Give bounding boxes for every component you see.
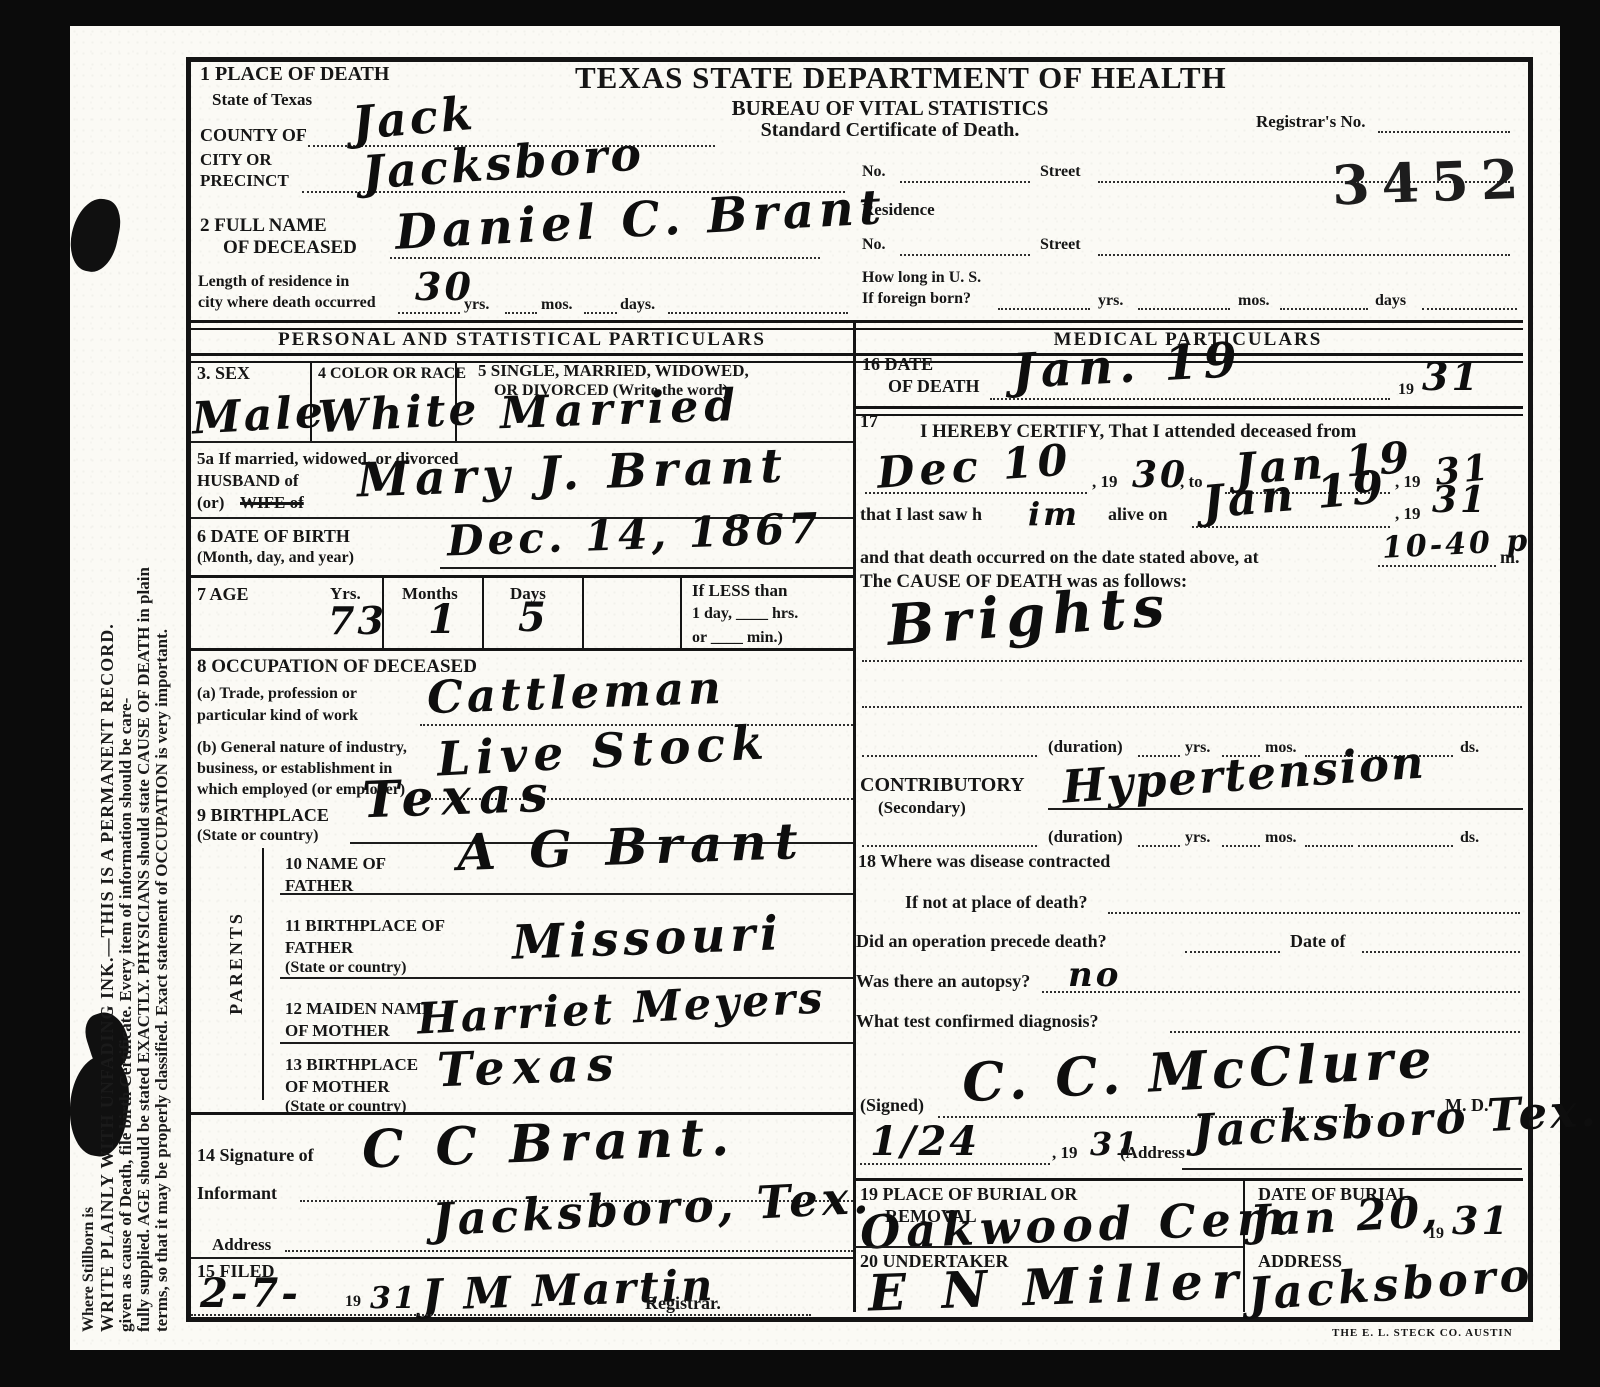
residence-length-label1: Length of residence in — [198, 274, 349, 291]
printer-mark: THE E. L. STECK CO. AUSTIN — [1332, 1328, 1513, 1340]
dod-year-prefix: 19 — [1398, 382, 1414, 399]
registrar-no-blank — [1378, 131, 1510, 133]
cause-blank-line1 — [862, 660, 1522, 662]
occupation-a-label2: particular kind of work — [197, 708, 358, 725]
operation-label: Did an operation precede death? — [856, 932, 1107, 951]
signed-address-underline — [1182, 1168, 1522, 1170]
autopsy-label: Was there an autopsy? — [856, 972, 1030, 991]
filed-row-rule — [191, 1257, 853, 1259]
city-label: CITY OR — [200, 151, 272, 169]
duration2-blank — [862, 845, 1037, 847]
not-at-place-blank — [1108, 912, 1520, 914]
date-of-death-label1: 16 DATE — [862, 355, 933, 374]
street-blank-2 — [1098, 254, 1510, 256]
death-time-suffix-label: m. — [1500, 548, 1520, 567]
filed-blank — [191, 1314, 811, 1316]
age-months-value-handwriting: 1 — [428, 600, 459, 640]
residence-length-label2: city where death occurred — [198, 295, 376, 312]
duration2-ds-blank2 — [1358, 845, 1453, 847]
race-label: 4 COLOR OR RACE — [318, 366, 466, 383]
length-yrs-blank — [398, 312, 460, 314]
cell-divider — [382, 578, 384, 648]
fullname-label2: OF DECEASED — [223, 238, 357, 258]
signed-year-prefix: , 19 — [1052, 1144, 1078, 1162]
precinct-label: PRECINCT — [200, 172, 289, 190]
spouse-label2: HUSBAND of — [197, 472, 299, 490]
age-days-value-handwriting: 5 — [518, 598, 549, 638]
street-label: Street — [1040, 164, 1081, 181]
race-value-handwriting: White — [317, 388, 481, 440]
last-saw-label1: that I last saw h — [860, 505, 982, 524]
burial-year-prefix: 19 — [1428, 1226, 1444, 1243]
operation-blank — [1185, 951, 1280, 953]
informant-label1: 14 Signature of — [197, 1146, 314, 1165]
county-label: COUNTY OF — [200, 126, 307, 145]
last-saw-year-prefix: , 19 — [1395, 505, 1421, 523]
not-at-place-label: If not at place of death? — [905, 893, 1088, 912]
operation-date-blank — [1362, 951, 1520, 953]
cell-divider — [482, 578, 484, 648]
certificate-subtitle: Standard Certificate of Death. — [660, 120, 1120, 141]
cell-divider — [680, 578, 682, 648]
length-yrs-label: yrs. — [464, 297, 489, 314]
autopsy-blank — [1042, 991, 1520, 993]
date-of-death-blank — [990, 398, 1390, 400]
stamp-certificate-number: 3452 — [1331, 147, 1531, 218]
uslong-days-blank2 — [1422, 308, 1517, 310]
margin-note-line: WRITE PLAINLY WITH UNFADING INK.—THIS IS… — [97, 252, 118, 1332]
signed-date-blank — [860, 1163, 1050, 1165]
father-name-underline — [280, 893, 853, 895]
item17-number: 17 — [860, 412, 878, 431]
dob-label1: 6 DATE OF BIRTH — [197, 527, 350, 546]
uslong-label1: How long in U. S. — [862, 270, 981, 287]
contributory-underline — [1048, 808, 1523, 810]
duration2-mos-label: mos. — [1265, 830, 1297, 847]
operation-date-label: Date of — [1290, 932, 1345, 951]
age-less-label2: 1 day, ____ hrs. — [692, 606, 798, 623]
age-less-label1: If LESS than — [692, 582, 787, 600]
section-divider-bottom — [191, 353, 1523, 363]
filed-date-handwriting: 2-7- — [200, 1274, 301, 1314]
father-birthplace-label3: (State or country) — [285, 960, 406, 977]
marital-label1: 5 SINGLE, MARRIED, WIDOWED, — [478, 362, 749, 380]
spouse-label-wife-struck: WIFE of — [240, 494, 304, 512]
burial-place-underline — [853, 1246, 1243, 1248]
column-divider — [853, 320, 856, 1312]
burial-year-handwriting: 31 — [1452, 1202, 1511, 1240]
burial-box-top-rule — [853, 1178, 1523, 1181]
dod-year-handwriting: 31 — [1422, 358, 1481, 396]
undertaker-value-handwriting: E N Miller — [867, 1255, 1248, 1318]
mother-name-label1: 12 MAIDEN NAME — [285, 1000, 433, 1018]
father-birthplace-label2: FATHER — [285, 939, 353, 957]
scanned-death-certificate: Where Stillborn is WRITE PLAINLY WITH UN… — [0, 0, 1600, 1387]
duration2-ds-blank — [1305, 845, 1353, 847]
length-mos-blank — [505, 312, 537, 314]
scan-edge-bottom — [0, 1350, 1600, 1387]
cell-divider — [582, 578, 584, 648]
birthplace-label2: (State or country) — [197, 828, 318, 845]
bureau-subtitle: BUREAU OF VITAL STATISTICS — [660, 97, 1120, 119]
last-saw-label2: alive on — [1108, 505, 1168, 524]
date-of-death-value-handwriting: Jan. 19 — [1011, 336, 1244, 396]
contributory-label2: (Secondary) — [878, 799, 966, 817]
burial-date-handwriting: Jan 20, — [1249, 1191, 1441, 1244]
fullname-label: 2 FULL NAME — [200, 216, 327, 236]
mother-birthplace-label1: 13 BIRTHPLACE — [285, 1056, 418, 1074]
margin-note-line: fully supplied. AGE should be stated EXA… — [134, 77, 154, 1332]
dob-label2: (Month, day, and year) — [197, 550, 354, 567]
uslong-mos-label: mos. — [1238, 293, 1270, 310]
informant-label2: Informant — [197, 1184, 277, 1203]
length-days-blank — [584, 312, 617, 314]
no-label-2: No. — [862, 237, 886, 254]
signed-date-handwriting: 1/24 — [870, 1122, 980, 1162]
dob-value-handwriting: Dec. 14, 1867 — [446, 507, 822, 562]
scan-edge-right — [1560, 0, 1600, 1387]
occupation-a-label1: (a) Trade, profession or — [197, 686, 357, 703]
street-label-2: Street — [1040, 237, 1081, 254]
death-time-blank — [1378, 565, 1496, 567]
age-yrs-value-handwriting: 73 — [328, 602, 387, 640]
no-blank-2 — [900, 254, 1030, 256]
death-occurred-label: and that death occurred on the date stat… — [860, 548, 1259, 567]
duration-blank — [862, 755, 1037, 757]
attended-to-year-prefix: , 19 — [1395, 473, 1421, 491]
mother-name-label2: OF MOTHER — [285, 1022, 390, 1040]
attended-from-blank — [865, 492, 1087, 494]
spouse-value-handwriting: Mary J. Brant — [356, 442, 788, 504]
dob-underline — [440, 567, 853, 569]
parents-vertical-label: PARENTS — [226, 848, 247, 1078]
father-name-label1: 10 NAME OF — [285, 855, 386, 873]
scan-edge-left — [0, 0, 70, 1387]
date-of-death-label2: OF DEATH — [888, 377, 980, 396]
uslong-label2: If foreign born? — [862, 291, 971, 308]
sex-label: 3. SEX — [197, 364, 250, 383]
duration2-yrs-blank — [1138, 845, 1180, 847]
duration-ds-label: ds. — [1460, 740, 1479, 757]
birthplace-label1: 9 BIRTHPLACE — [197, 806, 329, 825]
duration-label: (duration) — [1048, 738, 1123, 756]
father-birthplace-value-handwriting: Missouri — [511, 910, 783, 966]
last-saw-him-handwriting: im — [1028, 498, 1080, 530]
uslong-days-blank — [1280, 308, 1368, 310]
occupation-b-label1: (b) General nature of industry, — [197, 740, 407, 757]
uslong-mos-blank — [1138, 308, 1230, 310]
informant-address-label: Address — [212, 1236, 271, 1254]
duration2-yrs-label: yrs. — [1185, 830, 1210, 847]
autopsy-value-handwriting: no — [1068, 958, 1121, 992]
duration2-mos-blank — [1222, 845, 1260, 847]
filed-year-prefix: 19 — [345, 1294, 361, 1311]
disease-contracted-label: 18 Where was disease contracted — [858, 852, 1110, 871]
age-label: 7 AGE — [197, 585, 249, 604]
parents-bracket — [262, 848, 264, 1100]
informant-value-handwriting: C C Brant. — [361, 1111, 737, 1176]
occupation-a-value-handwriting: Cattleman — [426, 665, 725, 720]
cause-blank-line2 — [862, 706, 1522, 708]
place-of-death-label: 1 PLACE OF DEATH — [200, 64, 389, 85]
scan-edge-top — [0, 0, 1600, 26]
personal-section-header: PERSONAL AND STATISTICAL PARTICULARS — [191, 330, 853, 350]
duration2-ds-label: ds. — [1460, 830, 1479, 847]
uslong-yrs-blank — [998, 308, 1090, 310]
no-blank — [900, 181, 1030, 183]
contributory-label1: CONTRIBUTORY — [860, 775, 1025, 796]
margin-note-line: Where Stillborn is — [80, 1082, 98, 1332]
attended-from-year-prefix: , 19 — [1092, 473, 1118, 491]
signed-label: (Signed) — [860, 1096, 924, 1115]
marital-value-handwriting: Married — [499, 384, 741, 436]
last-saw-year-handwriting: 31 — [1432, 482, 1488, 518]
informant-address-blank — [285, 1250, 853, 1252]
mother-birthplace-value-handwriting: Texas — [436, 1041, 622, 1094]
test-confirmed-label: What test confirmed diagnosis? — [856, 1012, 1099, 1031]
margin-note-line: terms, so that it may be properly classi… — [152, 72, 172, 1332]
uslong-days-label: days — [1375, 293, 1406, 310]
birthplace-value-handwriting: Texas — [361, 769, 556, 826]
length-days-blank2 — [668, 312, 848, 314]
duration2-label: (duration) — [1048, 828, 1123, 846]
county-value-handwriting: Jack — [350, 90, 477, 147]
length-days-label: days. — [620, 297, 655, 314]
state-of-texas-label: State of Texas — [212, 91, 312, 109]
age-less-label3: or ____ min.) — [692, 630, 783, 647]
uslong-yrs-label: yrs. — [1098, 293, 1123, 310]
filed-year-handwriting: 31 — [370, 1284, 418, 1314]
certify-statement: I HEREBY CERTIFY, That I attended deceas… — [920, 422, 1356, 442]
registrar-no-label: Registrar's No. — [1256, 113, 1366, 131]
form-title: TEXAS STATE DEPARTMENT OF HEALTH — [575, 62, 1205, 95]
spouse-label3: (or) — [197, 494, 224, 512]
sex-value-handwriting: Male — [191, 391, 327, 442]
age-row-bottom-rule — [191, 648, 853, 651]
registrar-title-label: Registrar. — [645, 1294, 721, 1313]
dod-row-rule — [853, 406, 1523, 416]
mother-birthplace-label2: OF MOTHER — [285, 1078, 390, 1096]
age-row-top-rule — [191, 575, 853, 578]
father-name-value-handwriting: A G Brant — [456, 816, 806, 878]
father-birthplace-label1: 11 BIRTHPLACE OF — [285, 917, 445, 935]
margin-note-line: given as cause of Death, file birth Cert… — [116, 82, 136, 1332]
length-mos-label: mos. — [541, 297, 573, 314]
signed-address-label: (Address — [1120, 1144, 1185, 1162]
